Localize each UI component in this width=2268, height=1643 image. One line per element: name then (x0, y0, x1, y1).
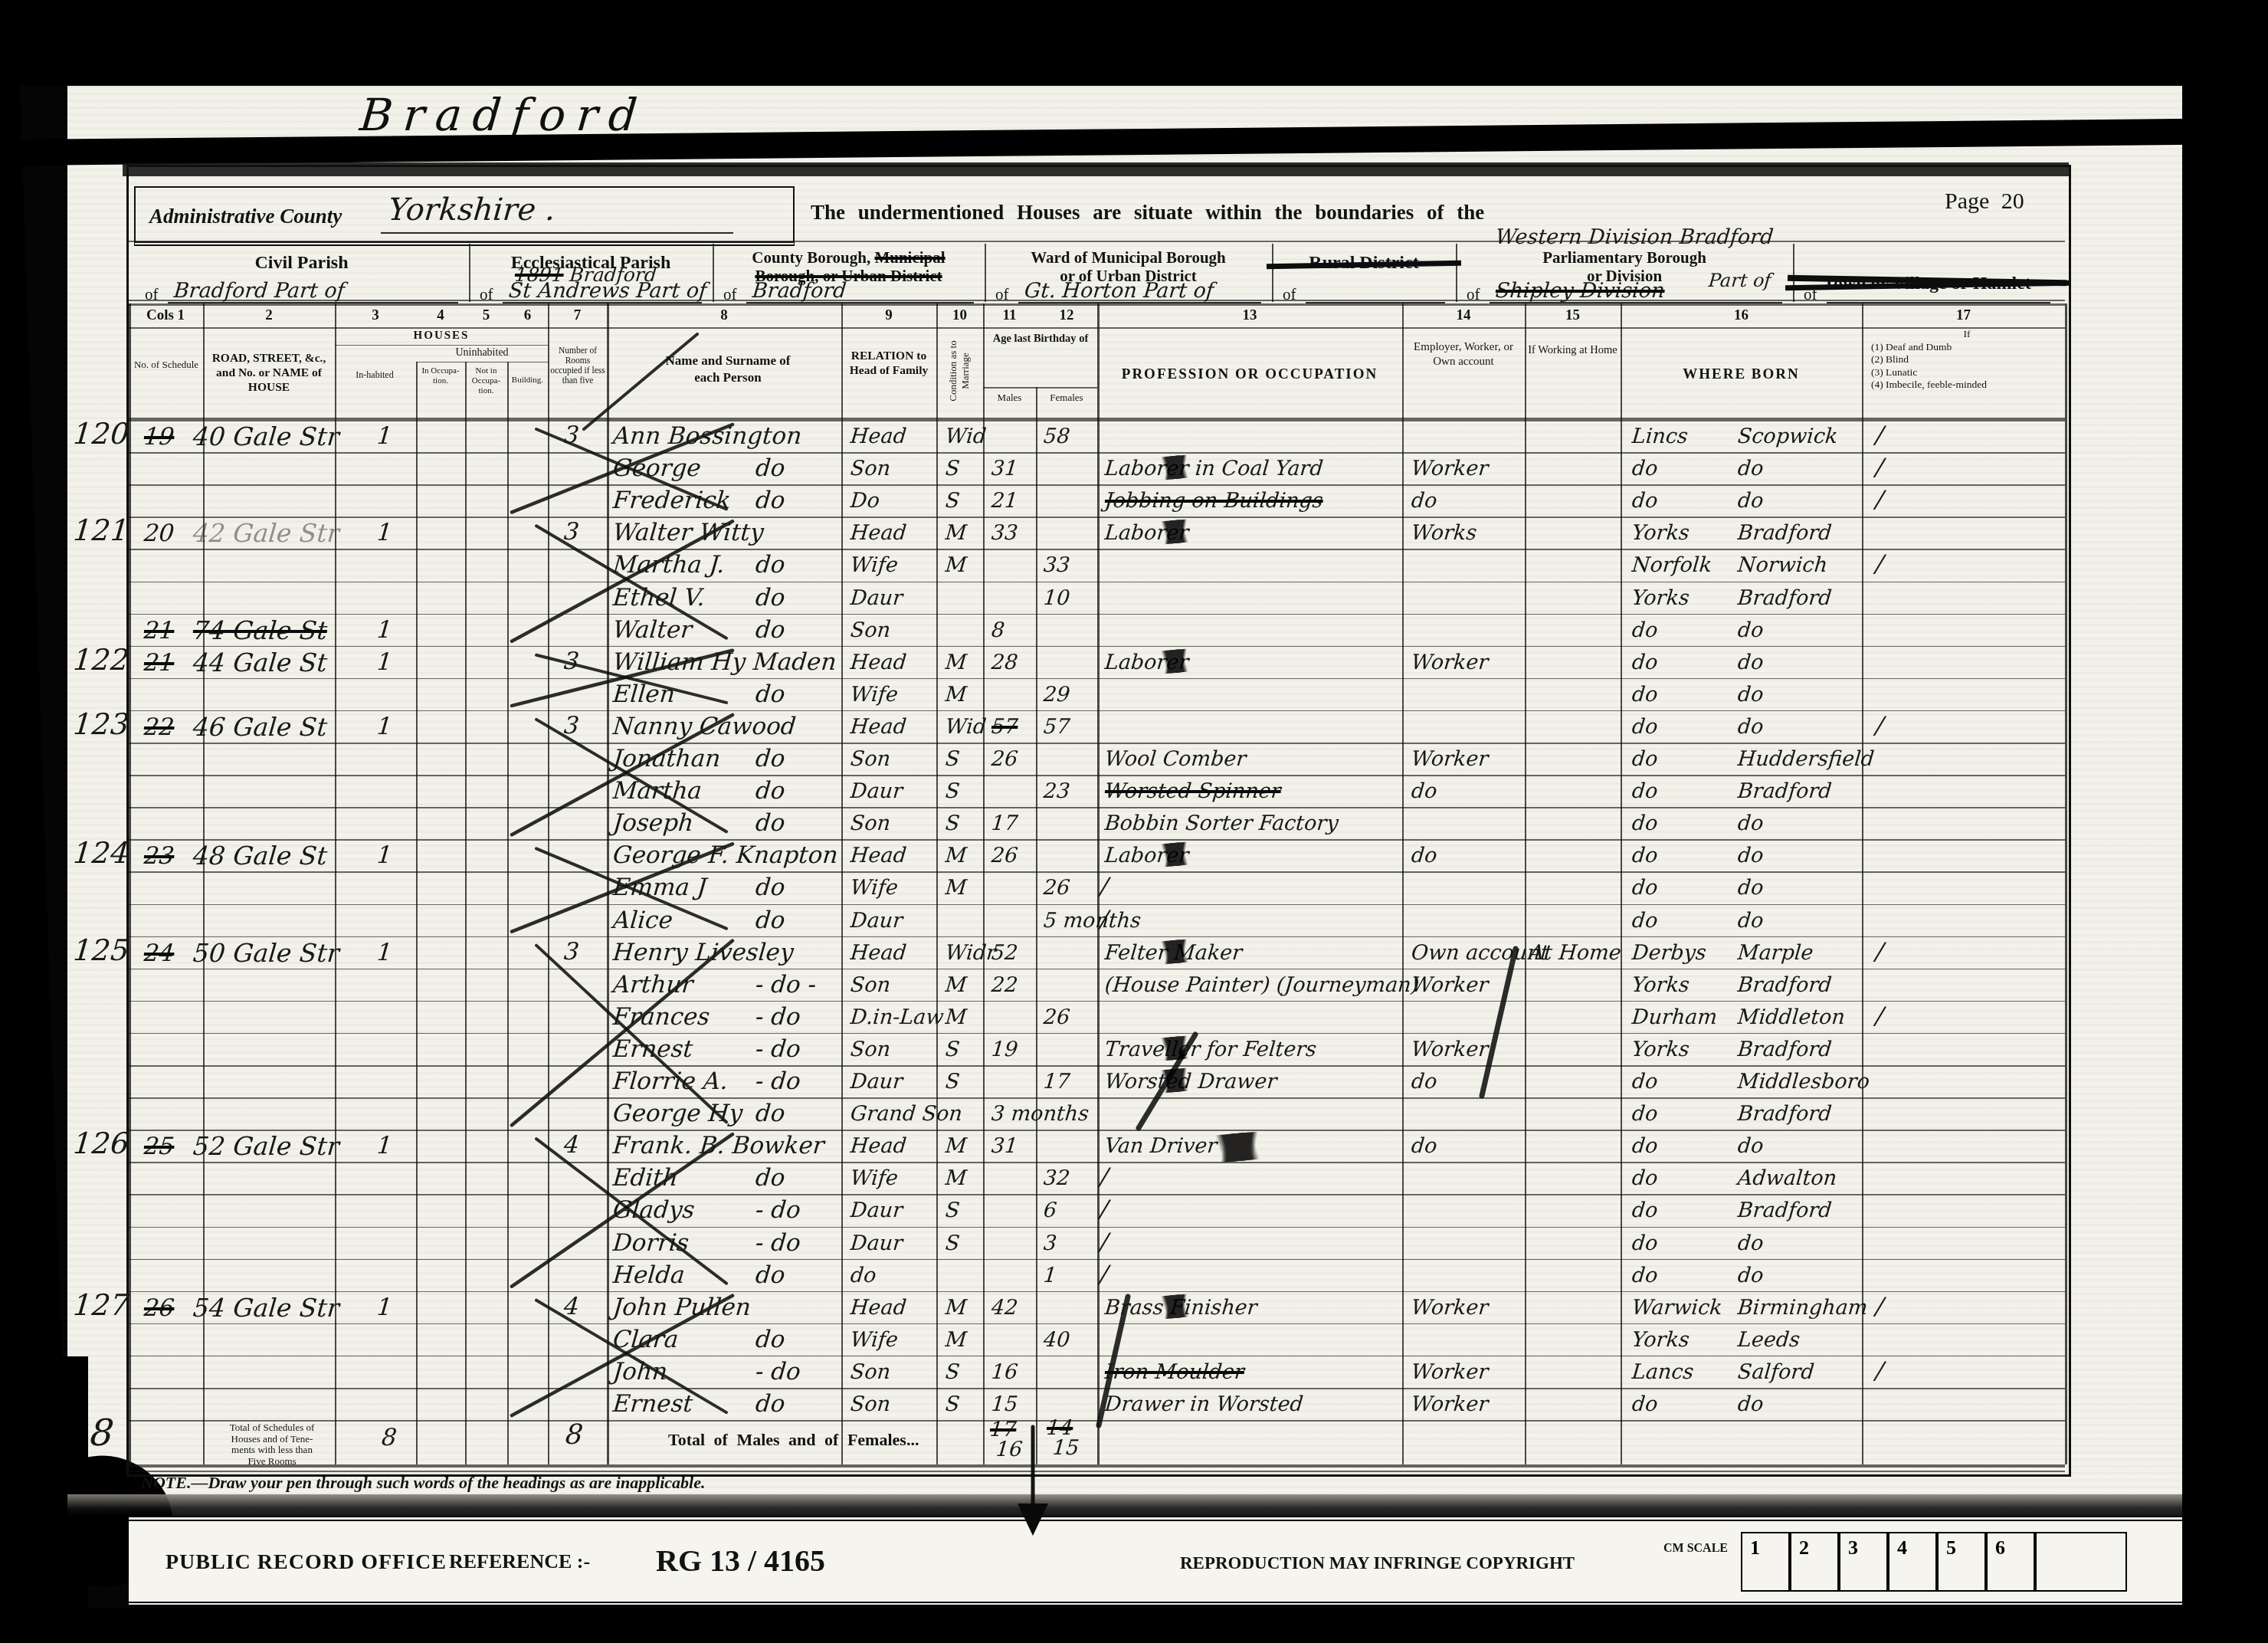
district-value: Bradford Part of (173, 279, 346, 303)
cell-born-place: do (1737, 1134, 1765, 1158)
district-value: St Andrews Part of (508, 279, 708, 303)
cell-born-county: do (1631, 1199, 1659, 1222)
cell-name-ditto: do (754, 745, 786, 772)
cell-born-place: do (1737, 715, 1765, 739)
cell-margin-schedule: 124 (72, 836, 130, 870)
cell-born-county: do (1631, 651, 1659, 674)
rule-line (128, 1065, 2065, 1067)
rule-line (128, 517, 2065, 518)
cell-condition: Wid (945, 715, 988, 739)
cell-relation: Son (850, 1360, 892, 1384)
col-header-not-in-occupation: Not in Occupa-tion. (467, 366, 506, 396)
cell-name-ditto: - do (754, 1067, 801, 1095)
cell-name: Nanny Cawood (611, 713, 797, 740)
cell-condition: M (945, 876, 968, 900)
cell-employment-status: do (1411, 844, 1438, 867)
cell-born-county: do (1631, 1102, 1659, 1126)
cell-name: Clara (611, 1326, 680, 1353)
cell-age-male: 17 (991, 812, 1019, 835)
rule-line (128, 327, 2065, 329)
cell-born-county: Yorks (1631, 586, 1691, 610)
cell-born-place: Middlesboro (1737, 1070, 1871, 1094)
rule-line (128, 1097, 2065, 1099)
cell-born-county: Lancs (1631, 1360, 1695, 1384)
cell-born-county: do (1631, 779, 1659, 803)
cell-age-female: 5 months (1043, 909, 1142, 933)
cell-born-county: do (1631, 1134, 1659, 1158)
cell-name: Martha J. (611, 551, 726, 579)
col-number: 17 (1862, 307, 2065, 324)
col-header-schedule: No. of Schedule (132, 359, 201, 370)
cell-name: Florrie A. (611, 1067, 729, 1095)
district-value: Bradford (752, 279, 847, 303)
rule-line (128, 710, 2065, 712)
scale-cell: 6 (1986, 1532, 2035, 1592)
cell-condition: M (945, 1134, 968, 1158)
cell-condition: S (945, 812, 961, 835)
cell-name-ditto: do (754, 1390, 786, 1418)
cell-name: Emma J (611, 874, 707, 901)
district-of: of (480, 285, 493, 304)
cell-name: Ellen (611, 680, 676, 708)
cell-age-female: 29 (1043, 683, 1071, 707)
cell-schedule-number: 25 (143, 1133, 175, 1160)
cell-born-place: Huddersfield (1737, 747, 1876, 771)
scale-cell: 5 (1937, 1532, 1986, 1592)
cell-rooms: 3 (562, 938, 580, 966)
cell-rooms: 4 (562, 1131, 580, 1159)
cell-born-county: Durham (1631, 1005, 1719, 1029)
cell-margin-schedule: 123 (72, 707, 130, 741)
col-header-where-born: WHERE BORN (1621, 366, 1862, 383)
cell-relation: Daur (850, 1199, 904, 1222)
totals-males-new: 16 (995, 1438, 1024, 1461)
cell-name-ditto: - do (754, 1196, 801, 1224)
cell-born-place: Bradford (1737, 1199, 1833, 1222)
cell-born-county: do (1631, 489, 1659, 513)
cell-name: Joseph (611, 809, 694, 837)
cell-born-place: Middleton (1737, 1005, 1847, 1029)
cell-born-county: do (1631, 844, 1659, 867)
cell-age-male: 26 (991, 747, 1019, 771)
rule-line (128, 1323, 2065, 1325)
cell-born-place: Marple (1737, 941, 1814, 965)
cell-name: George (611, 454, 702, 482)
rule-line (128, 646, 2065, 648)
cell-address: 48 Gale St (192, 841, 328, 871)
cell-condition: Widr (945, 941, 998, 965)
col-number: 8 (607, 307, 841, 324)
rule-line (335, 345, 548, 346)
rule-line (128, 1162, 2065, 1163)
cell-born-place: Adwalton (1737, 1166, 1838, 1190)
cell-age-male: 42 (991, 1296, 1019, 1320)
cell-condition: S (945, 1070, 961, 1094)
cell-age-male: 21 (991, 489, 1019, 513)
district-underline (503, 302, 702, 303)
scale-cell: 2 (1790, 1532, 1839, 1592)
cell-name: Jonathan (611, 745, 722, 772)
rule-line (983, 387, 1097, 389)
col-header-condition: Condition as to Marriage (947, 325, 972, 417)
cell-age-male: 8 (991, 618, 1006, 642)
cell-born-place: do (1737, 844, 1765, 867)
cell-relation: Son (850, 457, 892, 480)
cell-born-county: do (1631, 618, 1659, 642)
cell-born-place: Bradford (1737, 1102, 1833, 1126)
cell-name: William Hy Maden (611, 648, 837, 676)
cell-employment-status: Worker (1411, 747, 1490, 771)
cell-relation: Daur (850, 586, 904, 610)
col-header-building: Building. (508, 375, 547, 385)
col-number: 12 (1036, 307, 1097, 324)
cell-name-ditto: do (754, 584, 786, 612)
district-of: of (995, 285, 1009, 304)
cell-age-male: 15 (991, 1392, 1019, 1416)
rule-line (128, 839, 2065, 841)
rule-line (128, 1388, 2065, 1389)
cell-age-female: 40 (1043, 1328, 1071, 1352)
cell-name: George Hy (611, 1100, 743, 1127)
cell-born-county: do (1631, 1070, 1659, 1094)
rule-line (128, 1001, 2065, 1002)
district-of: of (723, 285, 737, 304)
cell-employment-status: Worker (1411, 1392, 1490, 1416)
rule-line (128, 678, 2065, 680)
cell-inhabited: 1 (375, 939, 393, 966)
cell-address: 40 Gale Str (192, 421, 340, 451)
cell-schedule-number: 24 (143, 940, 175, 967)
cell-age-male: 33 (991, 521, 1019, 545)
rule-line (128, 614, 2065, 615)
cell-name: Edith (611, 1164, 679, 1192)
cell-born-county: Warwick (1631, 1296, 1723, 1320)
cell-relation: Head (850, 941, 908, 965)
cell-relation: Wife (850, 1328, 900, 1352)
cell-margin-schedule: 126 (72, 1126, 130, 1160)
rule-line (128, 1471, 2065, 1472)
cell-margin-schedule: 122 (72, 643, 130, 677)
cell-relation: Grand Son (850, 1102, 964, 1126)
cell-age-female: 58 (1043, 425, 1071, 448)
cell-schedule-number: 21 (143, 649, 175, 677)
rule-line (128, 775, 2065, 776)
cell-relation: Head (850, 521, 908, 545)
cell-schedule-number: 26 (143, 1294, 175, 1322)
rule-line (128, 549, 2065, 550)
cell-employment-status: Worker (1411, 651, 1490, 674)
cell-name: Ann Bossington (611, 422, 802, 450)
admin-county-underline (381, 232, 733, 234)
cell-age-female: 26 (1043, 1005, 1071, 1029)
rule-line (128, 1464, 2065, 1468)
cell-born-place: do (1737, 1264, 1765, 1287)
cell-born-county: Yorks (1631, 1328, 1691, 1352)
cell-relation: Wife (850, 683, 900, 707)
cell-inhabited: 1 (375, 1132, 393, 1159)
cell-born-place: Bradford (1737, 1038, 1833, 1061)
cell-name-ditto: do (754, 777, 786, 805)
archive-footer-bar: PUBLIC RECORD OFFICE REFERENCE :- RG 13 … (129, 1516, 2182, 1606)
rule-line (416, 362, 548, 362)
cell-age-female: 57 (1043, 715, 1071, 739)
district-overwrite: Western Division Bradford (1495, 225, 1775, 249)
page-number: Page 20 (1945, 189, 2024, 215)
cell-occupation: Jobbing on Buildings (1104, 489, 1324, 513)
totals-males-females-label: Total of Males and of Females... (668, 1430, 919, 1450)
cell-condition: S (945, 779, 961, 803)
grid-line (507, 362, 509, 1464)
cell-condition: M (945, 521, 968, 545)
cell-address: 44 Gale St (192, 648, 328, 677)
cell-name: Ethel V. (611, 584, 706, 612)
district-underline (1490, 302, 1782, 303)
cell-employment-status: do (1411, 489, 1438, 513)
cell-born-county: do (1631, 909, 1659, 933)
cell-relation: Son (850, 618, 892, 642)
cell-condition: S (945, 457, 961, 480)
cell-employment-status: do (1411, 779, 1438, 803)
cell-condition: S (945, 1360, 961, 1384)
cell-name: Walter Witty (611, 519, 765, 546)
cell-employment-status: Worker (1411, 1360, 1490, 1384)
cell-schedule-number: 23 (143, 842, 175, 870)
district-value: Gt. Horton Part of (1024, 279, 1215, 303)
col-number: 15 (1525, 307, 1621, 324)
cell-name: Alice (611, 907, 674, 934)
cell-condition: M (945, 1328, 968, 1352)
cell-address: 74 Gale St (192, 615, 328, 645)
cell-name-ditto: do (754, 809, 786, 837)
cell-born-county: do (1631, 715, 1659, 739)
col-number: Cols 1 (128, 307, 203, 324)
cell-born-place: Norwich (1737, 553, 1829, 577)
district-of: of (145, 285, 159, 304)
cell-name: Martha (611, 777, 703, 805)
cell-age-male: 19 (991, 1038, 1019, 1061)
grid-line (465, 362, 467, 1464)
headings-note: NOTE.—Draw your pen through such words o… (141, 1473, 706, 1493)
col-number: 5 (465, 307, 507, 324)
scale-cell-empty (2035, 1532, 2127, 1592)
totals-females-new: 15 (1052, 1436, 1080, 1460)
cell-condition: M (945, 1005, 968, 1029)
district-underline (168, 302, 458, 303)
cell-relation: Daur (850, 909, 904, 933)
rule-line (128, 1356, 2065, 1357)
cell-schedule-number: 22 (143, 713, 175, 741)
cell-born-county: do (1631, 1231, 1659, 1255)
cell-age-female: 3 (1043, 1231, 1058, 1255)
rule-line (128, 1227, 2065, 1228)
district-of: of (1283, 285, 1296, 304)
cell-born-county: do (1631, 812, 1659, 835)
cell-born-place: do (1737, 909, 1765, 933)
cell-name: John Pullen (611, 1294, 752, 1321)
cell-name-ditto: do (754, 680, 786, 708)
district-of: of (1804, 285, 1817, 304)
cell-born-county: do (1631, 876, 1659, 900)
cell-name-ditto: do (754, 907, 786, 934)
cell-condition: S (945, 1392, 961, 1416)
rule-line (128, 420, 2065, 421)
scale-cell: 3 (1839, 1532, 1888, 1592)
totals-rooms-value: 8 (564, 1419, 584, 1451)
cell-born-place: Bradford (1737, 973, 1833, 997)
cell-born-place: do (1737, 683, 1765, 707)
district-extra: Part of (1708, 270, 1772, 291)
cell-age-male: 31 (991, 1134, 1019, 1158)
cell-relation: do (850, 1264, 877, 1287)
rule-line (128, 1194, 2065, 1195)
cell-margin-schedule: 121 (72, 513, 130, 547)
cell-age-female: 23 (1043, 779, 1071, 803)
cell-age-male: 22 (991, 973, 1019, 997)
cell-condition: Wid (945, 425, 988, 448)
cell-rooms: 3 (562, 648, 580, 675)
scan-edge-right (2182, 0, 2268, 1643)
col-header-houses-group: HOUSES (335, 330, 548, 343)
cell-rooms: 3 (562, 518, 580, 546)
rule-line (128, 1033, 2065, 1035)
cell-relation: Son (850, 747, 892, 771)
footer-copyright: REPRODUCTION MAY INFRINGE COPYRIGHT (1180, 1553, 1575, 1573)
cell-employment-status: do (1411, 1070, 1438, 1094)
cell-age-male: 26 (991, 844, 1019, 867)
cell-occupation: Bobbin Sorter Factory (1104, 812, 1339, 835)
cell-age-female: 32 (1043, 1166, 1071, 1190)
cell-address: 52 Gale Str (192, 1131, 340, 1161)
cell-occupation: Drawer in Worsted (1104, 1392, 1305, 1416)
cell-name: Frederick (611, 487, 732, 514)
col-number: 9 (841, 307, 936, 324)
district-label: Civil Parish (134, 253, 469, 274)
cell-name-ditto: do (754, 1164, 786, 1192)
cell-age-female: 10 (1043, 586, 1071, 610)
cell-inhabited: 1 (375, 1294, 393, 1321)
cell-rooms: 3 (562, 712, 580, 740)
scanned-census-page: Bradford Administrative County Yorkshire… (0, 0, 2268, 1643)
cell-age-male: 16 (991, 1360, 1019, 1384)
rule-line (128, 241, 2065, 242)
rule-line (128, 1420, 2065, 1422)
cell-address: 54 Gale Str (192, 1293, 340, 1323)
rule-line (128, 1130, 2065, 1131)
cell-relation: Head (850, 844, 908, 867)
cell-name: Helda (611, 1261, 686, 1289)
col-number: 16 (1621, 307, 1862, 324)
col-header-profession: PROFESSION OR OCCUPATION (1097, 366, 1402, 383)
col-number: 11 (983, 307, 1036, 324)
cell-name: Gladys (611, 1196, 696, 1224)
col-header-age: Age last Birthday of (985, 332, 1096, 346)
rule-line (128, 582, 2065, 583)
cell-born-county: do (1631, 457, 1659, 480)
cell-born-place: do (1737, 1392, 1765, 1416)
cell-relation: D.in-Law (850, 1005, 945, 1029)
cell-inhabited: 1 (375, 648, 393, 676)
cell-address: 42 Gale Str (192, 518, 340, 548)
cell-born-place: Leeds (1737, 1328, 1801, 1352)
cell-occupation: Wool Comber (1104, 747, 1247, 771)
cell-rooms: 3 (562, 421, 580, 449)
col-header-road: ROAD, STREET, &c., and No. or NAME of HO… (205, 351, 333, 395)
cell-employment-status: Worker (1411, 1038, 1490, 1061)
cell-age-female: 33 (1043, 553, 1071, 577)
cell-rooms: 4 (562, 1293, 580, 1320)
rule-line (128, 1291, 2065, 1293)
cell-inhabited: 1 (375, 422, 393, 450)
cell-condition: M (945, 683, 968, 707)
scan-edge-top (0, 0, 2268, 86)
cell-age-female: 6 (1043, 1199, 1058, 1222)
col-header-males: Males (983, 392, 1036, 404)
col-number: 10 (936, 307, 983, 324)
admin-county-label: Administrative County (149, 205, 342, 228)
cell-born-place: do (1737, 812, 1765, 835)
cell-born-place: do (1737, 651, 1765, 674)
cell-name: Arthur (611, 971, 694, 999)
rule-line (128, 936, 2065, 938)
cell-condition: S (945, 1231, 961, 1255)
cell-relation: Son (850, 973, 892, 997)
cell-schedule-number: 20 (143, 520, 175, 547)
col-number: 13 (1097, 307, 1402, 324)
footer-reference-label: REFERENCE :- (449, 1550, 590, 1573)
cell-born-place: Bradford (1737, 586, 1833, 610)
cell-employment-status: Worker (1411, 457, 1490, 480)
cell-name: Dorris (611, 1229, 690, 1257)
cell-relation: Head (850, 425, 908, 448)
col-number: 14 (1402, 307, 1525, 324)
totals-houses-value: 8 (380, 1424, 398, 1451)
district-label: County Borough, Municipal (713, 248, 985, 267)
cell-employment-status: Worker (1411, 973, 1490, 997)
scale-cell: 4 (1888, 1532, 1937, 1592)
cell-born-place: do (1737, 1231, 1765, 1255)
cell-name-ditto: do (754, 551, 786, 579)
rule-line (128, 969, 2065, 970)
district-label: Rural District (1272, 253, 1456, 274)
cell-relation: Daur (850, 779, 904, 803)
district-value: Shipley Division (1495, 279, 1666, 303)
cell-age-female: 17 (1043, 1070, 1071, 1094)
cell-name: George F. Knapton (611, 841, 839, 869)
col-header-infirmity: If(1) Deaf and Dumb(2) Blind(3) Lunatic(… (1871, 328, 2063, 392)
cell-born-place: do (1737, 876, 1765, 900)
cell-born-county: Norfolk (1631, 553, 1713, 577)
footer-office: PUBLIC RECORD OFFICE (166, 1550, 447, 1575)
rule-line (128, 303, 2065, 306)
cell-employment-status: Worker (1411, 1296, 1490, 1320)
cell-relation: Son (850, 1392, 892, 1416)
col-header-in-occupation: In Occupa-tion. (418, 366, 464, 386)
admin-county-value: Yorkshire . (387, 192, 557, 228)
cell-condition: M (945, 1166, 968, 1190)
cell-relation: Head (850, 651, 908, 674)
district-of: of (1467, 285, 1480, 304)
cell-born-place: do (1737, 457, 1765, 480)
cell-age-male: 52 (991, 941, 1019, 965)
totals-schedules-label: Total of Schedules ofHouses and of Tene-… (207, 1422, 337, 1467)
cell-born-place: Salford (1737, 1360, 1815, 1384)
cell-name-ditto: do (754, 616, 786, 644)
cell-occupation: Worsted Spinner (1104, 779, 1282, 803)
district-underline (1018, 302, 1261, 303)
cell-born-place: do (1737, 618, 1765, 642)
cell-inhabited: 1 (375, 616, 393, 644)
cell-age-male: 57 (991, 715, 1019, 739)
